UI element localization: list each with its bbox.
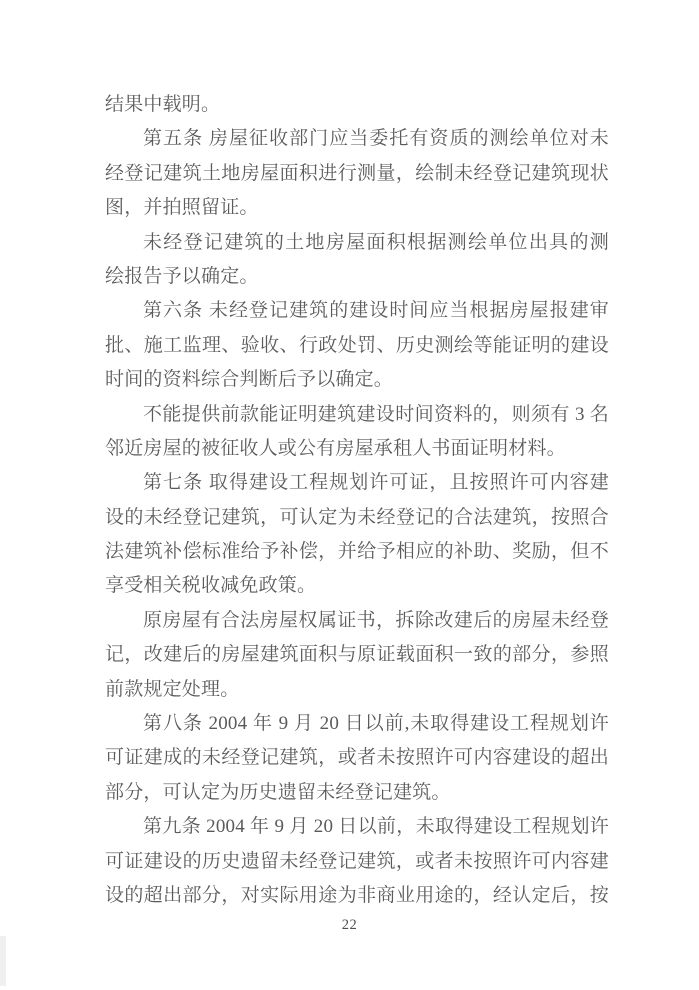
text-line: 经登记建筑土地房屋面积进行测量，绘制未经登记建筑现状 <box>105 157 609 191</box>
text-line: 绘报告予以确定。 <box>105 260 609 294</box>
text-line: 可证建成的未经登记建筑，或者未按照许可内容建设的超出 <box>105 741 609 775</box>
text-line: 时间的资料综合判断后予以确定。 <box>105 363 609 397</box>
text-line: 批、施工监理、验收、行政处罚、历史测绘等能证明的建设 <box>105 329 609 363</box>
article-line: 第七条 取得建设工程规划许可证，且按照许可内容建 <box>105 466 609 500</box>
text-line: 享受相关税收减免政策。 <box>105 569 609 603</box>
text-line: 原房屋有合法房屋权属证书，拆除改建后的房屋未经登 <box>105 604 609 638</box>
text-line: 记，改建后的房屋建筑面积与原证载面积一致的部分，参照 <box>105 638 609 672</box>
page-number: 22 <box>0 915 699 935</box>
article-line: 第八条 2004 年 9 月 20 日以前,未取得建设工程规划许 <box>105 707 609 741</box>
text-line: 可证建设的历史遗留未经登记建筑，或者未按照许可内容建 <box>105 845 609 879</box>
text-line: 邻近房屋的被征收人或公有房屋承租人书面证明材料。 <box>105 432 609 466</box>
text-line: 部分，可认定为历史遗留未经登记建筑。 <box>105 776 609 810</box>
text-line: 设的未经登记建筑，可认定为未经登记的合法建筑，按照合 <box>105 501 609 535</box>
text-line: 结果中载明。 <box>105 88 609 122</box>
text-line: 前款规定处理。 <box>105 673 609 707</box>
document-body: 结果中载明。 第五条 房屋征收部门应当委托有资质的测绘单位对未 经登记建筑土地房… <box>105 88 609 913</box>
text-line: 法建筑补偿标准给予补偿，并给予相应的补助、奖励，但不 <box>105 535 609 569</box>
article-line: 第六条 未经登记建筑的建设时间应当根据房屋报建审 <box>105 294 609 328</box>
document-page: 结果中载明。 第五条 房屋征收部门应当委托有资质的测绘单位对未 经登记建筑土地房… <box>0 0 699 990</box>
text-line: 不能提供前款能证明建筑建设时间资料的，则须有 3 名 <box>105 398 609 432</box>
article-line: 第九条 2004 年 9 月 20 日以前，未取得建设工程规划许 <box>105 810 609 844</box>
scan-edge-artifact <box>0 936 6 986</box>
text-line: 设的超出部分，对实际用途为非商业用途的，经认定后，按 <box>105 879 609 913</box>
text-line: 未经登记建筑的土地房屋面积根据测绘单位出具的测 <box>105 226 609 260</box>
text-line: 图，并拍照留证。 <box>105 191 609 225</box>
article-line: 第五条 房屋征收部门应当委托有资质的测绘单位对未 <box>105 122 609 156</box>
